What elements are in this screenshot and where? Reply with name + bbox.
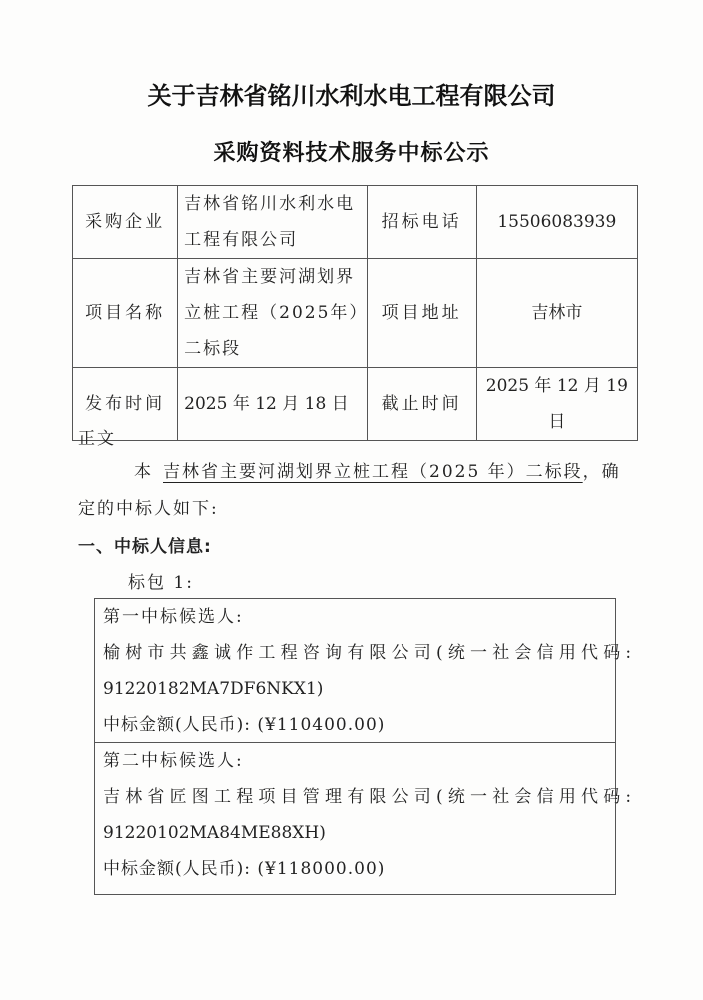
document-title-line1: 关于吉林省铭川水利水电工程有限公司 [0,76,703,111]
winner-info-heading: 一、中标人信息: [78,532,212,557]
table-row: 项目名称 吉林省主要河湖划界立桩工程（2025年）二标段 项目地址 吉林市 [73,259,638,368]
candidate-company: 吉林省匠图工程项目管理有限公司(统一社会信用代码: [103,779,615,815]
value-project-address: 吉林市 [476,259,637,368]
value-deadline: 2025 年 12 月 19 日 [476,368,637,441]
label-purchaser: 采购企业 [73,186,178,259]
value-project-name: 吉林省主要河湖划界立桩工程（2025年）二标段 [178,259,367,368]
intro-project-name: 吉林省主要河湖划界立桩工程（2025 年）二标段 [153,462,583,482]
section-label: 正文 [78,424,116,449]
candidate-rank-label: 第一中标候选人: [103,599,615,635]
table-row: 发布时间 2025 年 12 月 18 日 截止时间 2025 年 12 月 1… [73,368,638,441]
label-deadline: 截止时间 [367,368,476,441]
candidate-credit-code: 91220102MA84ME88XH) [103,815,615,851]
label-phone: 招标电话 [367,186,476,259]
package-label: 标包 1: [128,568,194,593]
value-purchaser: 吉林省铭川水利水电工程有限公司 [178,186,367,259]
intro-prefix: 本 [134,462,153,482]
intro-paragraph-continued: 定的中标人如下: [78,494,219,519]
label-project-name: 项目名称 [73,259,178,368]
candidate-first: 第一中标候选人: 榆树市共鑫诚作工程咨询有限公司(统一社会信用代码: 91220… [95,599,615,743]
candidate-amount: 中标金额(人民币): (¥118000.00) [103,851,615,887]
table-row: 采购企业 吉林省铭川水利水电工程有限公司 招标电话 15506083939 [73,186,638,259]
candidates-box: 第一中标候选人: 榆树市共鑫诚作工程咨询有限公司(统一社会信用代码: 91220… [94,598,616,895]
candidate-company: 榆树市共鑫诚作工程咨询有限公司(统一社会信用代码: [103,635,615,671]
candidate-amount: 中标金额(人民币): (¥110400.00) [103,707,615,743]
value-publish-date: 2025 年 12 月 18 日 [178,368,367,441]
intro-suffix: ，确 [583,462,621,482]
candidate-second: 第二中标候选人: 吉林省匠图工程项目管理有限公司(统一社会信用代码: 91220… [95,743,615,894]
candidate-credit-code: 91220182MA7DF6NKX1) [103,671,615,707]
label-project-address: 项目地址 [367,259,476,368]
intro-paragraph: 本吉林省主要河湖划界立桩工程（2025 年）二标段，确 [134,457,621,482]
document-title-line2: 采购资料技术服务中标公示 [0,136,703,167]
info-table: 采购企业 吉林省铭川水利水电工程有限公司 招标电话 15506083939 项目… [72,185,638,441]
candidate-rank-label: 第二中标候选人: [103,743,615,779]
value-phone: 15506083939 [476,186,637,259]
